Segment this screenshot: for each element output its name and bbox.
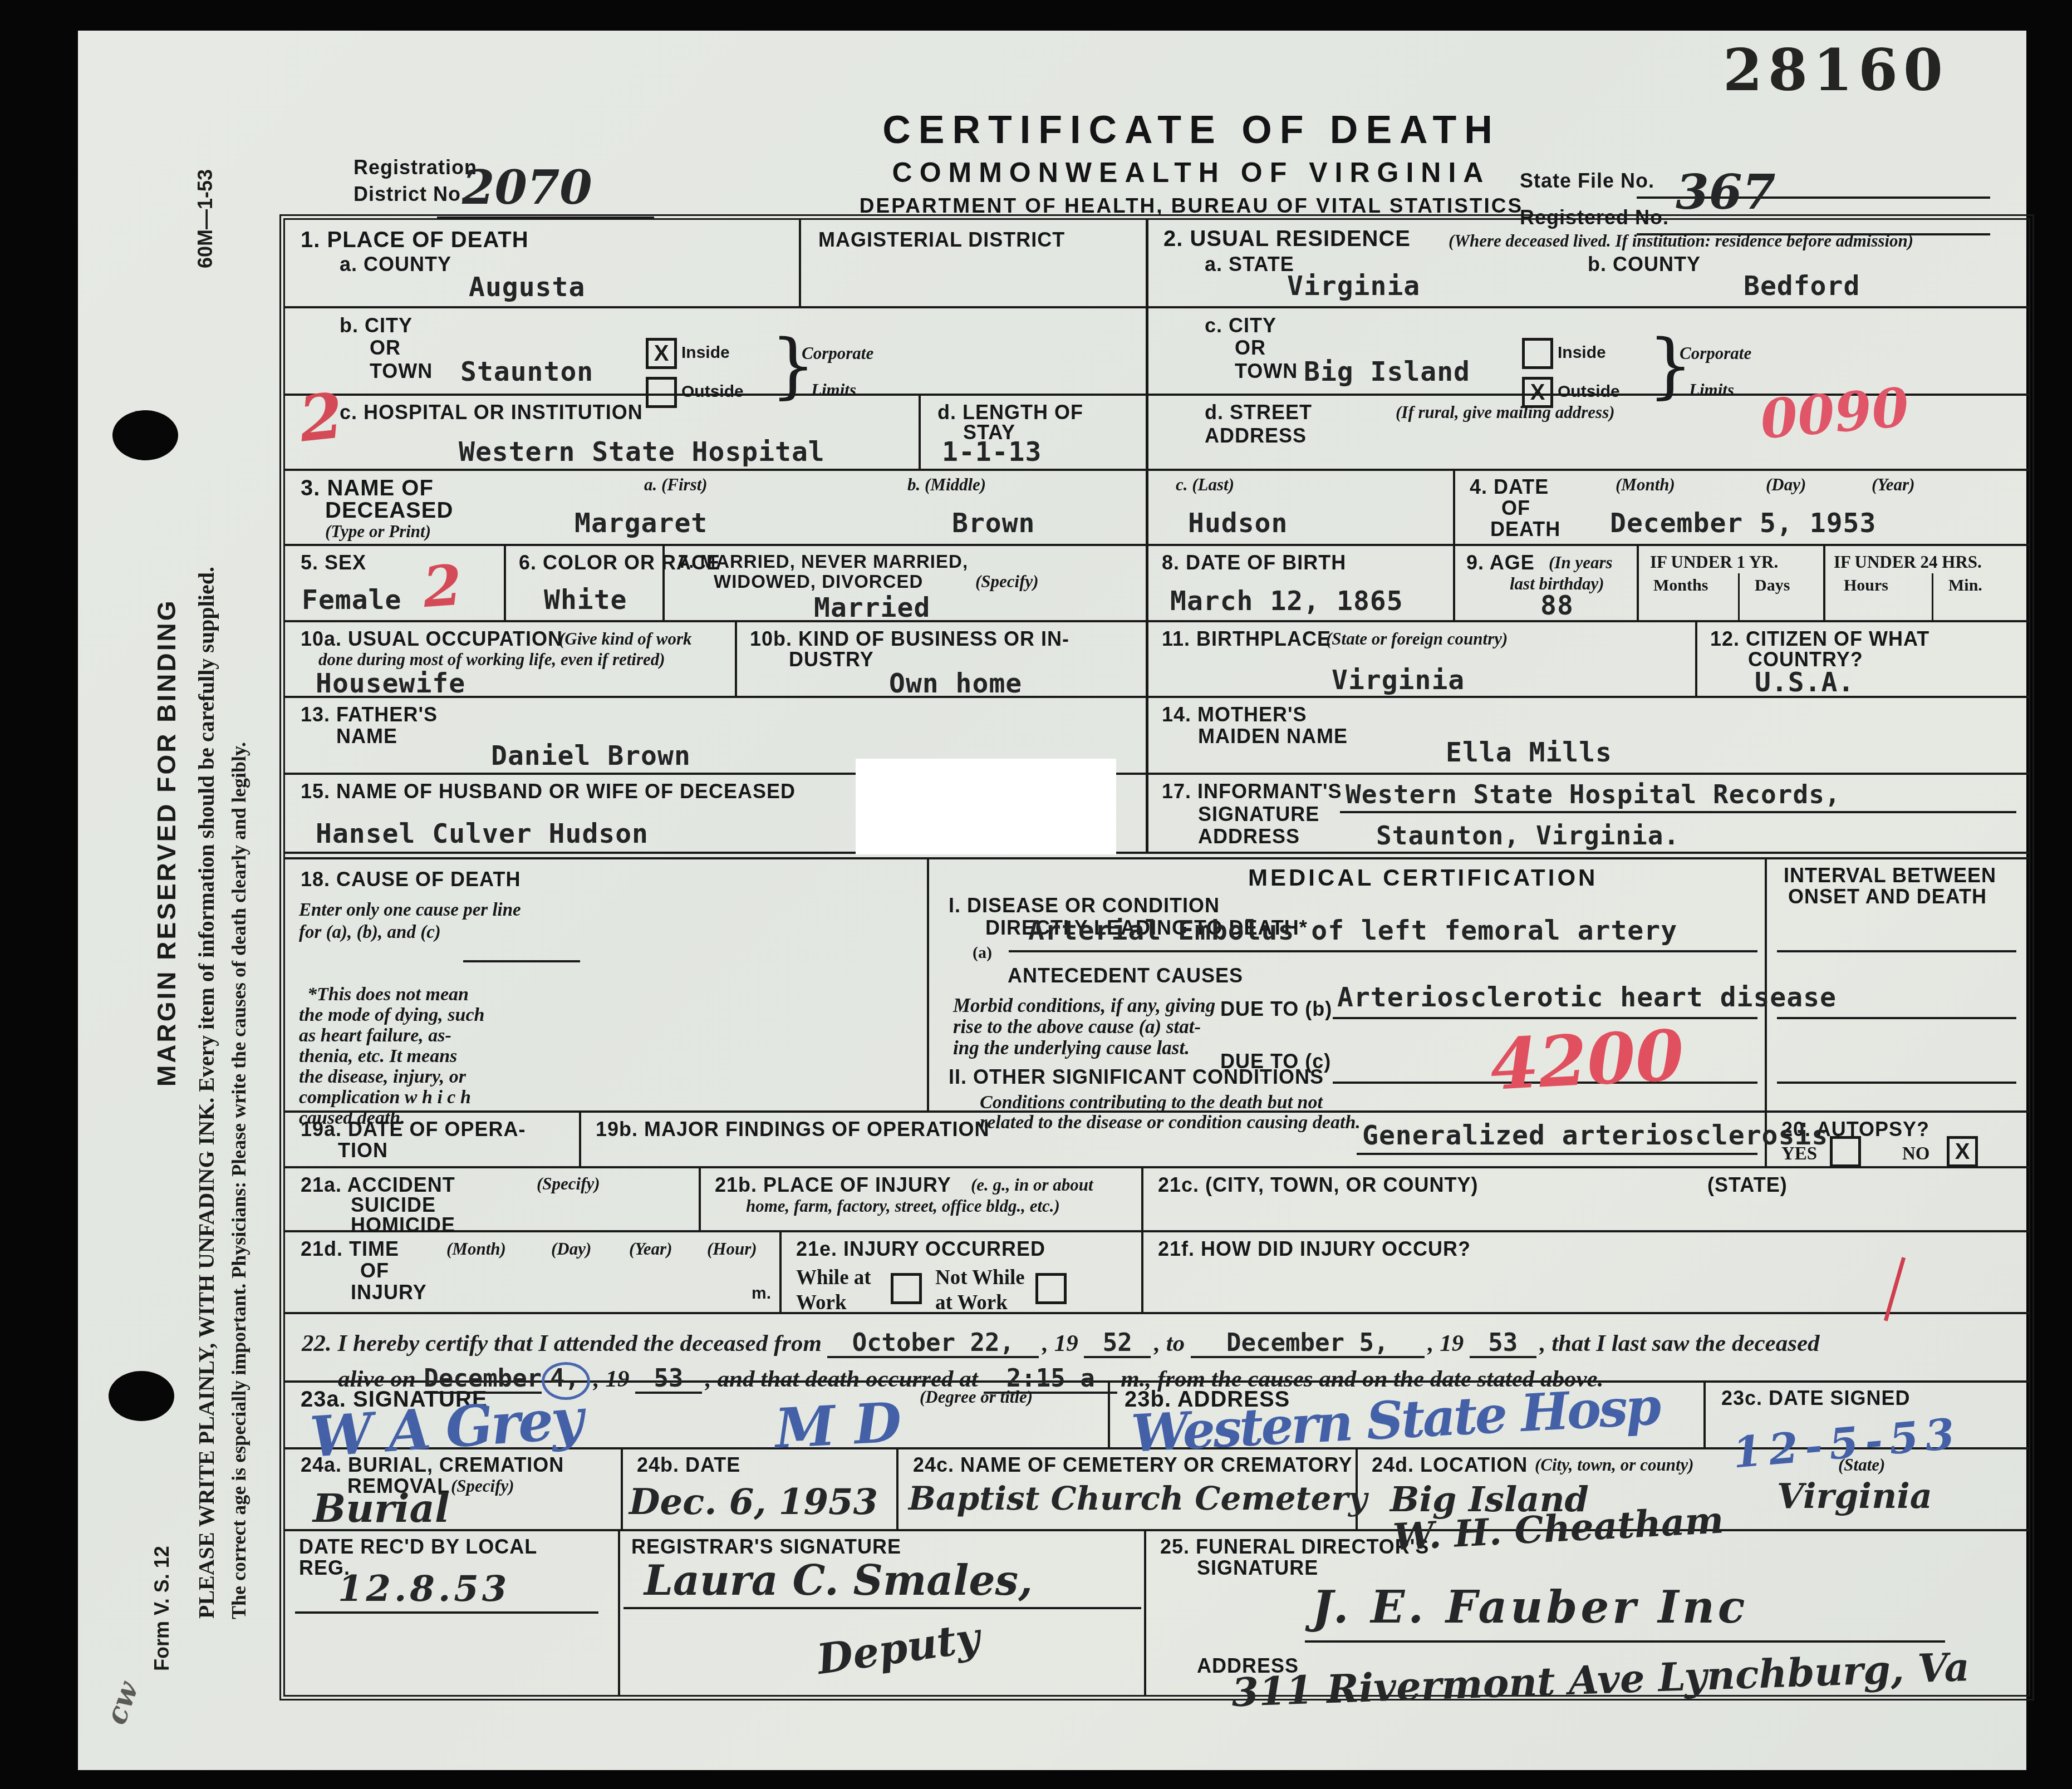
birthplace-hint: (State or foreign country) (1326, 629, 1508, 649)
scanned-death-certificate: MARGIN RESERVED FOR BINDING PLEASE WRITE… (0, 0, 2072, 1789)
date-of-birth-label: 8. DATE OF BIRTH (1162, 552, 1346, 574)
death-month-label: (Month) (1616, 475, 1675, 495)
age-label: 9. AGE (1466, 552, 1535, 574)
hours-label: Hours (1844, 576, 1888, 595)
residence-brace-icon: } (1648, 330, 1693, 401)
funeral-director-signature: J. E. Fauber Inc (1312, 1585, 1749, 1629)
at-work-label: at Work (935, 1291, 1008, 1314)
residence-city-label1: c. CITY (1205, 314, 1276, 337)
certify-text-7: , 19 (593, 1366, 630, 1392)
cause-a-value: Arterial Embolus of left femoral artery (1028, 917, 1677, 945)
state-file-label: State File No. (1520, 170, 1654, 192)
redaction-box (856, 759, 1116, 854)
funeral-address-value: 311 Rivermont Ave Lynchburg, Va (1231, 1648, 1970, 1712)
min-label: Min. (1948, 576, 1982, 595)
place-of-injury-label: 21b. PLACE OF INJURY (715, 1174, 951, 1196)
cause-of-death-title: 18. CAUSE OF DEATH (301, 868, 521, 891)
registrar-signature-value: Laura C. Smales, (644, 1560, 1033, 1601)
district-no-value: 2070 (462, 164, 592, 211)
time-of-injury-label2: OF (360, 1260, 389, 1282)
residence-state-label: a. STATE (1205, 253, 1294, 276)
registration-label: Registration (353, 156, 477, 179)
cause-note2-line5: the disease, injury, or (299, 1066, 466, 1088)
injury-hour-label: (Hour) (707, 1239, 757, 1259)
other-conditions-value: Generalized arteriosclerosis (1362, 1122, 1828, 1149)
certify-text-5: , that I last saw the deceased (1540, 1330, 1820, 1357)
work-label: Work (796, 1291, 846, 1314)
attended-to-value: December 5, (1191, 1330, 1425, 1358)
place-corporate-label: Corporate (802, 343, 873, 363)
date-of-death-label1: 4. DATE (1470, 476, 1549, 498)
state-file-number-stamp: 28160 (1723, 37, 1948, 104)
last-name-label: c. (Last) (1176, 475, 1234, 495)
interval-label2: ONSET AND DEATH (1788, 886, 1987, 908)
place-of-injury-hint1: (e. g., in or about (971, 1175, 1093, 1195)
morbid-line1: Morbid conditions, if any, giving (953, 995, 1215, 1017)
days-label: Days (1755, 576, 1790, 595)
usual-residence-title: 2. USUAL RESIDENCE (1163, 227, 1411, 252)
how-injury-label: 21f. HOW DID INJURY OCCUR? (1158, 1238, 1471, 1260)
morbid-line3: ing the underlying cause last. (953, 1037, 1190, 1059)
margin-print-code: 60M—1-53 (194, 169, 217, 268)
cause-a-label: (a) (973, 943, 992, 962)
certificate-form: 1. PLACE OF DEATH a. COUNTY Augusta MAGI… (279, 214, 2034, 1700)
antecedent-causes-label: ANTECEDENT CAUSES (1008, 965, 1243, 987)
date-signed-label: 23c. DATE SIGNED (1721, 1387, 1910, 1409)
burial-date-label: 24b. DATE (637, 1454, 740, 1476)
occupation-value: Housewife (316, 670, 465, 697)
mother-label2: MAIDEN NAME (1198, 725, 1348, 748)
street-address-hint: (If rural, give mailing address) (1396, 402, 1615, 422)
cause-note2-line2: the mode of dying, such (299, 1004, 484, 1026)
conditions-line2: related to the disease or condition caus… (980, 1112, 1361, 1133)
hospital-value: Western State Hospital (459, 438, 825, 466)
age-value: 88 (1540, 592, 1574, 620)
burial-specify-hint: (Specify) (451, 1476, 514, 1496)
physician-signature-value: W A Grey (308, 1390, 583, 1465)
street-address-label1: d. STREET (1205, 401, 1312, 424)
to-year-value: 53 (1470, 1330, 1536, 1358)
informant-address-value: Staunton, Virginia. (1376, 822, 1680, 849)
cause-note2-line7: caused death. (299, 1107, 405, 1129)
accident-specify-hint: (Specify) (537, 1174, 600, 1194)
commonwealth-subtitle: COMMONWEALTH OF VIRGINIA (818, 156, 1564, 189)
alive-year-value: 53 (635, 1366, 702, 1394)
place-inside-checkbox: X (646, 338, 677, 369)
not-while-at-work-checkbox (1035, 1273, 1067, 1304)
first-name-value: Margaret (575, 509, 708, 537)
residence-corporate-label: Corporate (1680, 343, 1751, 363)
informant-label1: 17. INFORMANT'S (1162, 780, 1342, 803)
length-of-stay-value: 1-1-13 (942, 438, 1042, 466)
name-of-deceased-hint: (Type or Print) (325, 522, 431, 542)
time-of-injury-label3: INJURY (351, 1281, 427, 1304)
place-of-death-title: 1. PLACE OF DEATH (301, 228, 529, 253)
magisterial-district-label: MAGISTERIAL DISTRICT (818, 229, 1065, 251)
marital-value: Married (814, 594, 930, 622)
place-city-value: Staunton (460, 358, 593, 386)
injury-m-label: m. (752, 1284, 771, 1303)
burial-date-value: Dec. 6, 1953 (629, 1485, 878, 1520)
injury-city-label: 21c. (CITY, TOWN, OR COUNTY) (1158, 1174, 1478, 1196)
business-label1: 10b. KIND OF BUSINESS OR IN- (750, 628, 1069, 650)
accident-label3: HOMICIDE (351, 1214, 455, 1236)
registrar-signature-label: REGISTRAR'S SIGNATURE (631, 1536, 901, 1558)
sex-value: Female (302, 586, 401, 614)
funeral-director-label1: 25. FUNERAL DIRECTOR'S (1160, 1536, 1429, 1558)
middle-name-label: b. (Middle) (907, 475, 986, 495)
place-of-injury-hint2: home, farm, factory, street, office bldg… (746, 1196, 1060, 1216)
cause-note1-line2: for (a), (b), and (c) (299, 922, 441, 943)
date-of-death-value: December 5, 1953 (1610, 509, 1876, 537)
district-no-label: District No. (353, 183, 467, 205)
place-county-label: a. COUNTY (340, 253, 451, 276)
place-outside-checkbox (646, 377, 677, 408)
residence-inside-label: Inside (1558, 343, 1606, 362)
registrar-deputy-note: Deputy (814, 1617, 982, 1680)
from-year-value: 52 (1084, 1330, 1151, 1358)
disease-label1: I. DISEASE OR CONDITION (949, 894, 1220, 917)
residence-outside-label: Outside (1558, 382, 1620, 401)
degree-value: M D (774, 1395, 903, 1457)
date-of-operation-label2: TION (338, 1139, 388, 1162)
residence-state-value: Virginia (1287, 272, 1420, 300)
business-value: Own home (889, 670, 1022, 697)
date-of-death-label3: DEATH (1490, 518, 1560, 540)
last-name-value: Hudson (1188, 509, 1288, 537)
burial-value: Burial (313, 1489, 449, 1528)
date-signed-value: 12-5-53 (1731, 1412, 1963, 1475)
punch-hole-top (112, 410, 178, 460)
informant-address-label: ADDRESS (1198, 825, 1300, 848)
residence-limits-label: Limits (1689, 380, 1734, 400)
place-county-value: Augusta (469, 273, 585, 301)
margin-plainly-note: PLEASE WRITE PLAINLY, WITH UNFADING INK.… (193, 567, 219, 1619)
hospital-red-mark: 2 (296, 385, 346, 451)
degree-title-label: (Degree or title) (920, 1387, 1033, 1407)
sex-label: 5. SEX (301, 552, 366, 574)
autopsy-no-checkbox: X (1947, 1136, 1978, 1167)
mother-label1: 14. MOTHER'S (1162, 704, 1307, 726)
residence-city-label3: TOWN (1235, 360, 1298, 382)
interval-label1: INTERVAL BETWEEN (1784, 864, 1996, 887)
citizen-label1: 12. CITIZEN OF WHAT (1710, 628, 1929, 650)
occupation-label: 10a. USUAL OCCUPATION (301, 628, 563, 650)
informant-signature-value: Western State Hospital Records, (1346, 781, 1841, 808)
injury-day-label: (Day) (551, 1239, 591, 1259)
margin-binding-note: MARGIN RESERVED FOR BINDING (151, 599, 181, 1087)
under-24hrs-label: IF UNDER 24 HRS. (1834, 553, 1982, 572)
residence-county-label: b. COUNTY (1588, 253, 1701, 276)
usual-residence-hint: (Where deceased lived. If institution: r… (1449, 231, 1913, 251)
not-while-label: Not While (935, 1266, 1025, 1289)
time-of-injury-label1: 21d. TIME (301, 1238, 399, 1260)
punch-hole-bottom (109, 1371, 174, 1421)
injury-occurred-label: 21e. INJURY OCCURRED (796, 1238, 1045, 1260)
marital-specify-hint: (Specify) (975, 572, 1039, 592)
attended-from-value: October 22, (827, 1330, 1039, 1358)
residence-city-label2: OR (1235, 337, 1266, 359)
cause-note2-line3: as heart failure, as- (299, 1025, 451, 1046)
certificate-paper: MARGIN RESERVED FOR BINDING PLEASE WRITE… (78, 31, 2026, 1770)
father-value: Daniel Brown (491, 742, 691, 770)
first-name-label: a. (First) (644, 475, 708, 495)
occupation-hint1: (Give kind of work (559, 629, 692, 649)
other-conditions-label: II. OTHER SIGNIFICANT CONDITIONS (949, 1066, 1324, 1088)
certify-text-1: 22. I hereby certify that I attended the… (302, 1330, 822, 1357)
mother-value: Ella Mills (1446, 739, 1612, 766)
injury-month-label: (Month) (446, 1239, 506, 1259)
cause-b-value: Arteriosclerotic heart disease (1337, 984, 1837, 1011)
marital-label1: 7. MARRIED, NEVER MARRIED, (678, 552, 968, 572)
age-hint1: (In years (1549, 553, 1613, 573)
location-label: 24d. LOCATION (1372, 1454, 1528, 1476)
injury-state-label: (STATE) (1707, 1174, 1788, 1196)
date-recd-value: 12.8.53 (338, 1571, 510, 1607)
cause-note2-line4: thenia, etc. It means (299, 1045, 457, 1067)
registered-no-value: 367 (1676, 169, 1776, 217)
place-city-label3: TOWN (370, 360, 433, 382)
place-city-label2: OR (370, 337, 401, 359)
name-of-deceased-label1: 3. NAME OF (301, 476, 434, 501)
residence-inside-checkbox (1522, 338, 1553, 369)
date-of-birth-value: March 12, 1865 (1170, 587, 1403, 615)
birthplace-label: 11. BIRTHPLACE (1162, 628, 1331, 650)
cause-note2-line6: complication w h i c h (299, 1087, 471, 1108)
death-day-label: (Day) (1766, 475, 1806, 495)
occupation-hint2: done during most of working life, even i… (318, 650, 665, 670)
cause-note2-line1: *This does not mean (307, 984, 469, 1005)
name-of-deceased-label2: DECEASED (325, 498, 453, 523)
street-address-label2: ADDRESS (1205, 425, 1307, 447)
business-label2: DUSTRY (789, 648, 874, 671)
informant-label2: SIGNATURE (1198, 803, 1319, 825)
autopsy-yes-checkbox (1830, 1136, 1861, 1167)
cause-note1-line1: Enter only one cause per line (299, 900, 521, 921)
middle-name-value: Brown (952, 509, 1035, 537)
date-of-death-label2: OF (1501, 497, 1530, 519)
certify-text-2: , 19 (1042, 1330, 1078, 1357)
place-city-label1: b. CITY (340, 314, 413, 337)
spouse-label: 15. NAME OF HUSBAND OR WIFE OF DECEASED (301, 780, 796, 803)
margin-pencil-note: cw (99, 1677, 145, 1729)
certificate-title: CERTIFICATE OF DEATH (818, 107, 1564, 152)
while-at-label: While at (796, 1266, 871, 1289)
conditions-line1: Conditions contributing to the death but… (980, 1092, 1323, 1113)
certify-text-4: , 19 (1428, 1330, 1464, 1357)
father-label1: 13. FATHER'S (301, 704, 438, 726)
date-recd-label1: DATE REC'D BY LOCAL (299, 1536, 537, 1558)
residence-county-value: Bedford (1744, 272, 1860, 300)
street-address-red-mark: 0090 (1758, 381, 1911, 447)
birthplace-value: Virginia (1332, 666, 1465, 694)
color-race-value: White (544, 586, 627, 614)
father-label2: NAME (336, 725, 397, 748)
marital-label2: WIDOWED, DIVORCED (714, 572, 923, 592)
sex-red-mark: 2 (421, 557, 464, 616)
place-inside-label: Inside (681, 343, 730, 362)
while-at-work-checkbox (891, 1273, 922, 1304)
funeral-director-label2: SIGNATURE (1197, 1557, 1318, 1579)
due-to-b-label: DUE TO (b) (1220, 998, 1332, 1020)
place-brace-icon: } (770, 330, 816, 401)
place-limits-label: Limits (811, 380, 856, 400)
months-label: Months (1653, 576, 1708, 595)
cemetery-value: Baptist Church Cemetery (909, 1482, 1367, 1515)
under-1yr-label: IF UNDER 1 YR. (1650, 553, 1778, 572)
major-findings-label: 19b. MAJOR FINDINGS OF OPERATION (596, 1118, 989, 1141)
location-state-value: Virginia (1777, 1479, 1932, 1513)
hospital-label: c. HOSPITAL OR INSTITUTION (340, 401, 643, 424)
death-year-label: (Year) (1872, 475, 1914, 495)
margin-form-code: Form V. S. 12 (150, 1546, 174, 1671)
cause-red-code: 4200 (1489, 1021, 1686, 1100)
spouse-value: Hansel Culver Hudson (316, 820, 649, 848)
morbid-line2: rise to the above cause (a) stat- (953, 1016, 1201, 1038)
residence-city-value: Big Island (1304, 358, 1470, 386)
injury-year-label: (Year) (629, 1239, 672, 1259)
citizen-value: U.S.A. (1755, 669, 1854, 696)
certify-text-3: , to (1154, 1330, 1185, 1357)
location-hint: (City, town, or county) (1535, 1455, 1694, 1475)
autopsy-no-label: NO (1902, 1144, 1930, 1164)
place-outside-label: Outside (681, 382, 744, 401)
medical-certification-header: MEDICAL CERTIFICATION (1248, 864, 1598, 891)
margin-physicians-note: The correct age is especially important.… (227, 742, 251, 1619)
